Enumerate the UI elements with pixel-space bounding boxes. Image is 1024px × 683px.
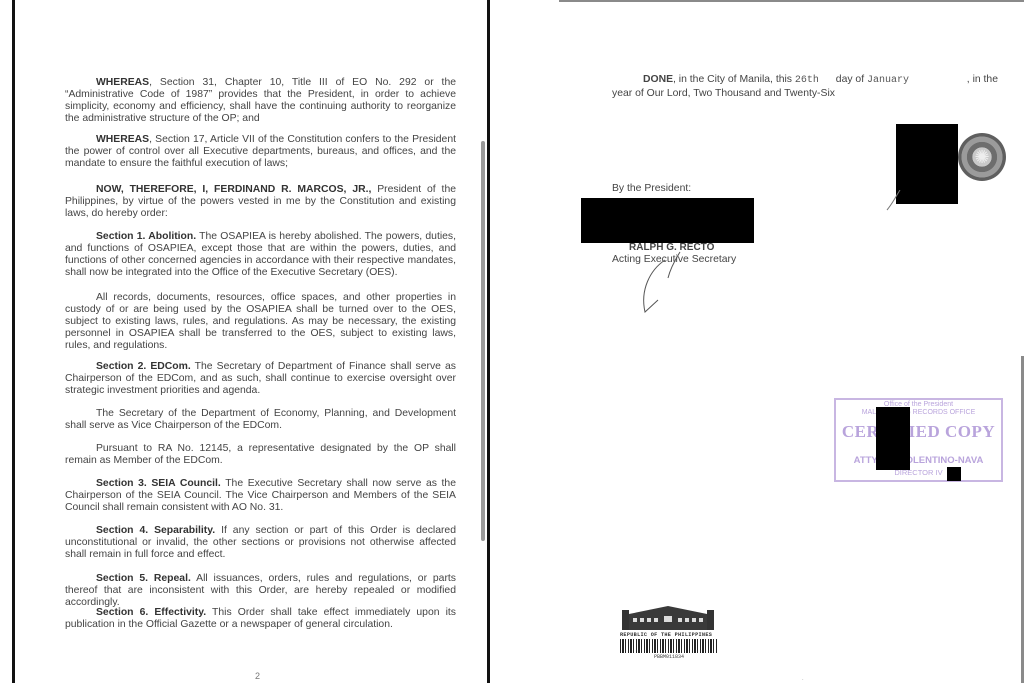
redacted-signature-block [581,198,754,243]
order-paragraph: Section 1. Abolition. The OSAPIEA is her… [65,231,456,279]
paragraph-lead: WHEREAS [96,134,149,145]
done-text-3: , in the [967,73,998,86]
redacted-stamp-initial [947,467,961,481]
stamp-line-5: DIRECTOR IV [836,468,1001,477]
done-line-2: year of Our Lord, Two Thousand and Twent… [612,88,835,99]
order-paragraph: Section 5. Repeal. All issuances, orders… [65,573,456,609]
malacanang-footer-logo: REPUBLIC OF THE PHILIPPINES PBBM011834 [620,602,718,662]
paragraph-lead: Section 4. Separability. [96,525,215,536]
stamp-line-1: Office of the President [836,401,1001,408]
paragraph-text: Pursuant to RA No. 12145, a representati… [65,443,456,466]
order-paragraph: WHEREAS, Section 17, Article VII of the … [65,134,456,170]
done-paragraph: DONE, in the City of Manila, this 26th d… [612,73,998,100]
by-the-president-label: By the President: [612,183,691,194]
order-paragraph: NOW, THEREFORE, I, FERDINAND R. MARCOS, … [65,184,456,220]
paragraph-lead: Section 1. Abolition. [96,231,196,242]
page-top-edge [559,0,1024,2]
order-paragraph: The Secretary of the Department of Econo… [65,408,456,432]
order-paragraph: WHEREAS, Section 31, Chapter 10, Title I… [65,77,456,125]
order-paragraph: Section 6. Effectivity. This Order shall… [65,607,456,631]
done-text-2: day of [833,74,867,85]
order-paragraph: Section 4. Separability. If any section … [65,525,456,561]
order-paragraph: Pursuant to RA No. 12145, a representati… [65,443,456,467]
paragraph-text: The Secretary of the Department of Econo… [65,408,456,431]
page-number-left: 2 [255,671,260,681]
paragraph-lead: NOW, THEREFORE, I, FERDINAND R. MARCOS, … [96,184,371,195]
certified-copy-stamp: Office of the President MALACAÑANG RECOR… [834,398,1003,482]
paragraph-lead: WHEREAS [96,77,149,88]
order-paragraph: Section 3. SEIA Council. The Executive S… [65,478,456,514]
stamp-certified-copy: CERTIFIED COPY [836,422,1001,442]
stamp-line-4: ATTY. L… TOLENTINO-NAVA [836,455,1001,466]
redacted-president-signature [896,124,958,204]
stamp-line-2: MALACAÑANG RECORDS OFFICE [836,409,1001,416]
signatory-title: Acting Executive Secretary [612,254,736,265]
presidential-seal-icon: ✺ [958,133,1006,181]
malacanang-palace-icon [622,604,714,630]
paragraph-lead: Section 2. EDCom. [96,361,191,372]
barcode-number: PBBM011834 [620,654,718,660]
order-paragraph: Section 2. EDCom. The Secretary of Depar… [65,361,456,397]
page-number-right: · [802,677,804,683]
barcode [620,639,718,653]
typed-month: January [867,75,909,86]
paragraph-text: All records, documents, resources, offic… [65,292,456,351]
redacted-stamp-signature [876,407,910,470]
done-text: , in the City of Manila, this [673,74,795,85]
republic-label: REPUBLIC OF THE PHILIPPINES [620,632,720,638]
typed-day: 26th [795,75,819,86]
done-lead: DONE [643,74,673,85]
paragraph-lead: Section 6. Effectivity. [96,607,206,618]
paragraph-lead: Section 3. SEIA Council. [96,478,221,489]
page-scrollbar[interactable] [481,141,485,541]
signatory-name: RALPH G. RECTO [629,242,714,253]
order-paragraph: All records, documents, resources, offic… [65,292,456,352]
paragraph-lead: Section 5. Repeal. [96,573,191,584]
